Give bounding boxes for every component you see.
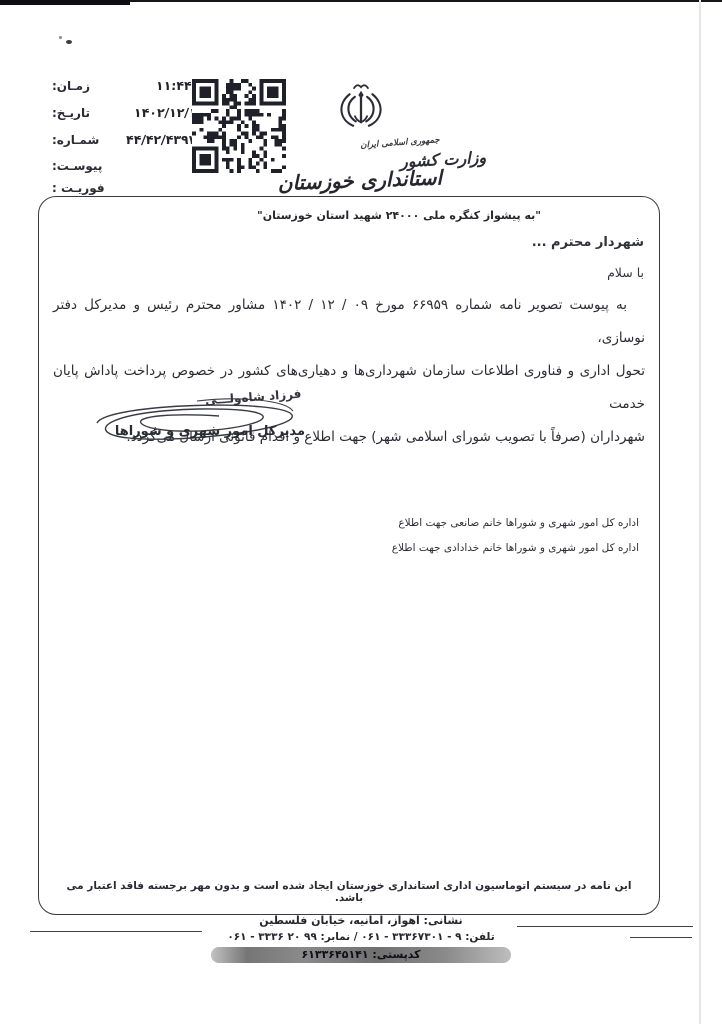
meta-row-number: ۴۴/۴۲/۴۳۹۷۶ شمـاره: [52,132,204,159]
letter-meta-block: ۱۱:۴۴:۹ زمـان: ۱۴۰۲/۱۲/۱۹ تاریـخ: ۴۴/۴۲/… [52,78,204,203]
urgency-label: فوریـت : [52,181,105,195]
letterhead-organization: استانداری خوزستان [292,165,443,194]
automation-disclaimer: این نامه در سیستم اتوماسیون اداری استاند… [59,880,639,904]
meta-row-date: ۱۴۰۲/۱۲/۱۹ تاریـخ: [52,105,204,132]
postal-code-row: کدپستی: ۶۱۳۳۶۴۵۱۴۱ [0,943,722,963]
date-label: تاریـخ: [52,106,90,120]
scan-speck [59,36,62,39]
cc-list: اداره کل امور شهری و شوراها خانم صانعی ج… [392,511,639,561]
letter-body-frame: "به پیشواز کنگره ملی ۲۴۰۰۰ شهید استان خو… [38,196,660,915]
signature-block: فرزاد شاه‌ولـــی مدیرکل امور شهری و شورا… [79,387,309,453]
meta-row-time: ۱۱:۴۴:۹ زمـان: [52,78,204,105]
martyrs-congress-slogan: "به پیشواز کنگره ملی ۲۴۰۰۰ شهید استان خو… [199,209,599,222]
cc-item-2: اداره کل امور شهری و شوراها خانم خدادادی… [392,536,639,561]
address-line: نشانی: اهواز، امانیه، خیابان فلسطین [0,914,722,927]
meta-row-attachment: پیوسـت: [52,159,204,181]
scanned-letter-page: ۱۱:۴۴:۹ زمـان: ۱۴۰۲/۱۲/۱۹ تاریـخ: ۴۴/۴۲/… [0,0,722,1024]
phone-fax-line: تلفن: ۹ - ۳۳۳۶۷۳۰۱ - ۰۶۱ / نمابر: ۹۹ ۲۰ … [0,931,722,943]
postal-code-highlight: کدپستی: ۶۱۳۳۶۴۵۱۴۱ [211,947,511,963]
time-label: زمـان: [52,79,90,93]
signer-title: مدیرکل امور شهری و شوراها [115,424,305,439]
attachment-label: پیوسـت: [52,159,102,173]
iran-emblem-icon [330,82,392,138]
number-label: شمـاره: [52,133,99,147]
salutation: شهردار محترم ... [532,235,644,250]
scan-edge-top-left [0,0,130,5]
paragraph-line-1: به پیوست تصویر نامه شماره ۶۶۹۵۹ مورخ ۰۹ … [53,289,645,355]
qr-code-icon [192,79,286,173]
scan-speck [66,40,72,44]
cc-item-1: اداره کل امور شهری و شوراها خانم صانعی ج… [392,511,639,536]
greeting: با سلام [607,265,644,280]
scan-edge-right [699,0,701,1024]
